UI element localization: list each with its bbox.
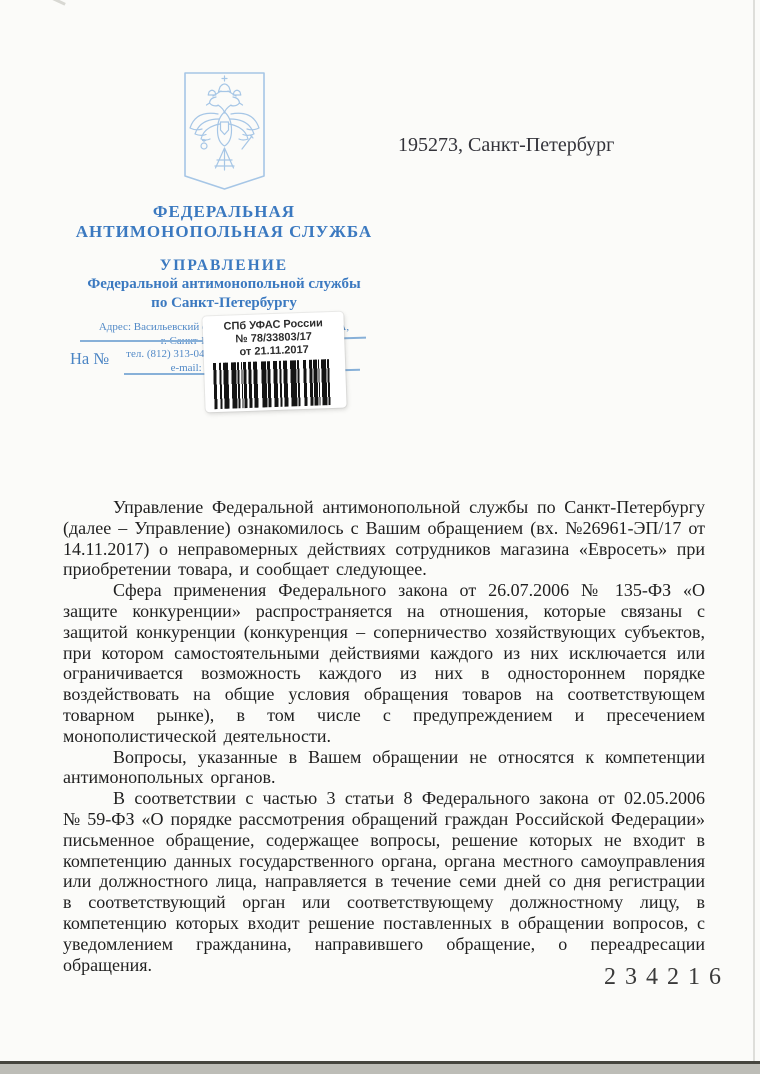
incoming-number-line bbox=[124, 373, 210, 375]
scan-artifact bbox=[48, 0, 66, 6]
division-line1: УПРАВЛЕНИЕ bbox=[35, 256, 413, 275]
org-name-line1: ФЕДЕРАЛЬНАЯ bbox=[35, 202, 413, 222]
letter-body: Управление Федеральной антимонопольной с… bbox=[63, 497, 705, 975]
org-name-line2: АНТИМОНОПОЛЬНАЯ СЛУЖБА bbox=[35, 222, 413, 242]
body-paragraph: Сфера применения Федерального закона от … bbox=[63, 580, 705, 746]
body-paragraph: Управление Федеральной антимонопольной с… bbox=[63, 497, 705, 580]
scan-edge-right bbox=[753, 0, 755, 1061]
registration-sticker: СПб УФАС России № 78/33803/17 от 21.11.2… bbox=[202, 312, 346, 413]
division-line3: по Санкт-Петербургу bbox=[35, 294, 413, 313]
body-paragraph: В соответствии с частью 3 статьи 8 Федер… bbox=[63, 788, 705, 975]
addressee-line: 195273, Санкт-Петербург bbox=[398, 134, 614, 157]
reference-label: На № bbox=[70, 349, 109, 369]
division-line2: Федеральной антимонопольной службы bbox=[35, 275, 413, 294]
stamp-number: 234216 bbox=[604, 964, 730, 991]
outgoing-number-line bbox=[80, 340, 207, 342]
body-paragraph: Вопросы, указанные в Вашем обращении не … bbox=[63, 747, 705, 789]
russian-coat-of-arms-icon bbox=[182, 70, 267, 194]
barcode-icon bbox=[213, 359, 332, 409]
scan-edge-bottom-shadow bbox=[0, 1064, 760, 1074]
scanned-letter-page: ФЕДЕРАЛЬНАЯ АНТИМОНОПОЛЬНАЯ СЛУЖБА УПРАВ… bbox=[0, 0, 760, 1074]
